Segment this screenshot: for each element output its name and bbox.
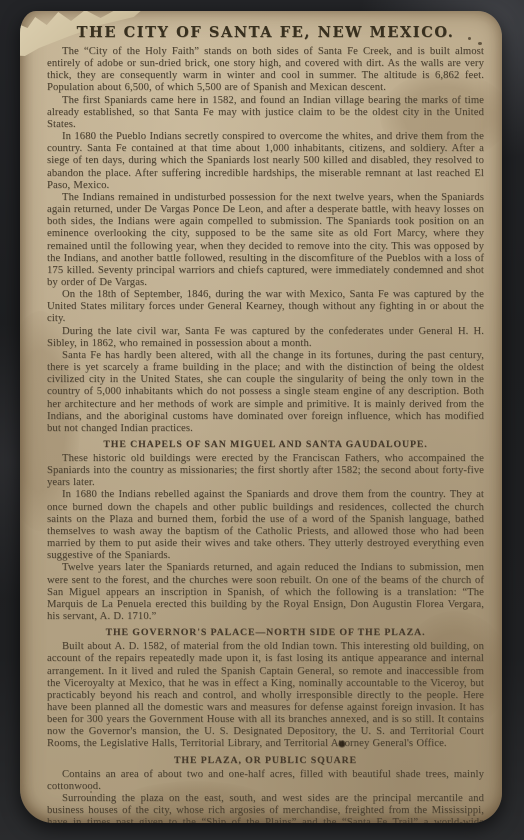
section-paragraphs: The “City of the Holy Faith” stands on b… (47, 46, 484, 435)
section-plaza: THE PLAZA, OR PUBLIC SQUARE Contains an … (47, 755, 484, 823)
paragraph: The “City of the Holy Faith” stands on b… (47, 46, 484, 95)
card-content: THE CITY OF SANTA FE, NEW MEXICO. The “C… (20, 11, 502, 823)
paragraph: During the late civil war, Santa Fe was … (47, 326, 484, 350)
section-heading: THE CHAPELS OF SAN MIGUEL AND SANTA GAUD… (47, 439, 484, 450)
section-paragraphs: These historic old buildings were erecte… (47, 453, 484, 623)
paragraph: Santa Fe has hardly been altered, with a… (47, 350, 484, 435)
section-chapels: THE CHAPELS OF SAN MIGUEL AND SANTA GAUD… (47, 439, 484, 623)
photo-background: THE CITY OF SANTA FE, NEW MEXICO. The “C… (0, 0, 524, 840)
page-title: THE CITY OF SANTA FE, NEW MEXICO. (47, 24, 484, 41)
paper-card: THE CITY OF SANTA FE, NEW MEXICO. The “C… (20, 11, 502, 823)
section-governors-palace: THE GOVERNOR'S PALACE—NORTH SIDE OF THE … (47, 627, 484, 750)
paragraph: These historic old buildings were erecte… (47, 453, 484, 489)
paragraph: In 1680 the Indians rebelled against the… (47, 489, 484, 562)
section-intro: The “City of the Holy Faith” stands on b… (47, 46, 484, 435)
paragraph: Surrounding the plaza on the east, south… (47, 793, 484, 823)
paragraph: On the 18th of September, 1846, during t… (47, 289, 484, 325)
paragraph: The Indians remained in undisturbed poss… (47, 192, 484, 289)
section-heading: THE PLAZA, OR PUBLIC SQUARE (47, 755, 484, 766)
paragraph: Built about A. D. 1582, of material from… (47, 641, 484, 750)
paragraph: In 1680 the Pueblo Indians secretly cons… (47, 131, 484, 192)
section-paragraphs: Built about A. D. 1582, of material from… (47, 641, 484, 750)
section-paragraphs: Contains an area of about two and one-ha… (47, 769, 484, 823)
paragraph: The first Spaniards came here in 1582, a… (47, 95, 484, 131)
section-heading: THE GOVERNOR'S PALACE—NORTH SIDE OF THE … (47, 627, 484, 638)
paragraph: Contains an area of about two and one-ha… (47, 769, 484, 793)
paragraph: Twelve years later the Spaniards returne… (47, 562, 484, 623)
